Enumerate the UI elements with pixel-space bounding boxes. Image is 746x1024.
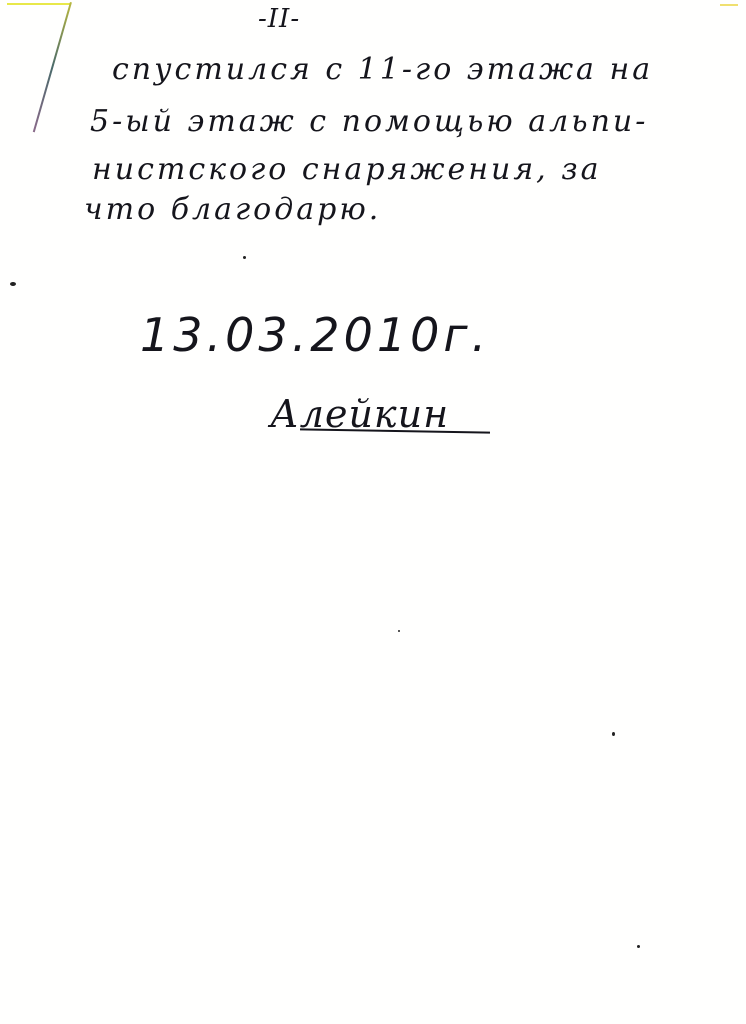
ink-speck (10, 282, 16, 286)
page-edge-mark (7, 3, 71, 5)
ink-speck (398, 630, 400, 632)
text-line: что благодарю. (84, 192, 381, 227)
text-line: 5-ый этаж с помощью альпи- (90, 104, 648, 139)
ink-speck (612, 732, 615, 736)
scanned-page: -II- спустился с 11-го этажа на 5-ый эта… (0, 0, 746, 1024)
margin-line (33, 2, 72, 132)
date: 13.03.2010г. (140, 308, 490, 362)
ink-speck (637, 945, 640, 948)
ink-speck (243, 256, 246, 259)
page-number: -II- (258, 4, 300, 34)
text-line: спустился с 11-го этажа на (112, 52, 653, 87)
text-line: нистского снаряжения, за (92, 152, 602, 187)
page-edge-mark-right (720, 4, 738, 6)
